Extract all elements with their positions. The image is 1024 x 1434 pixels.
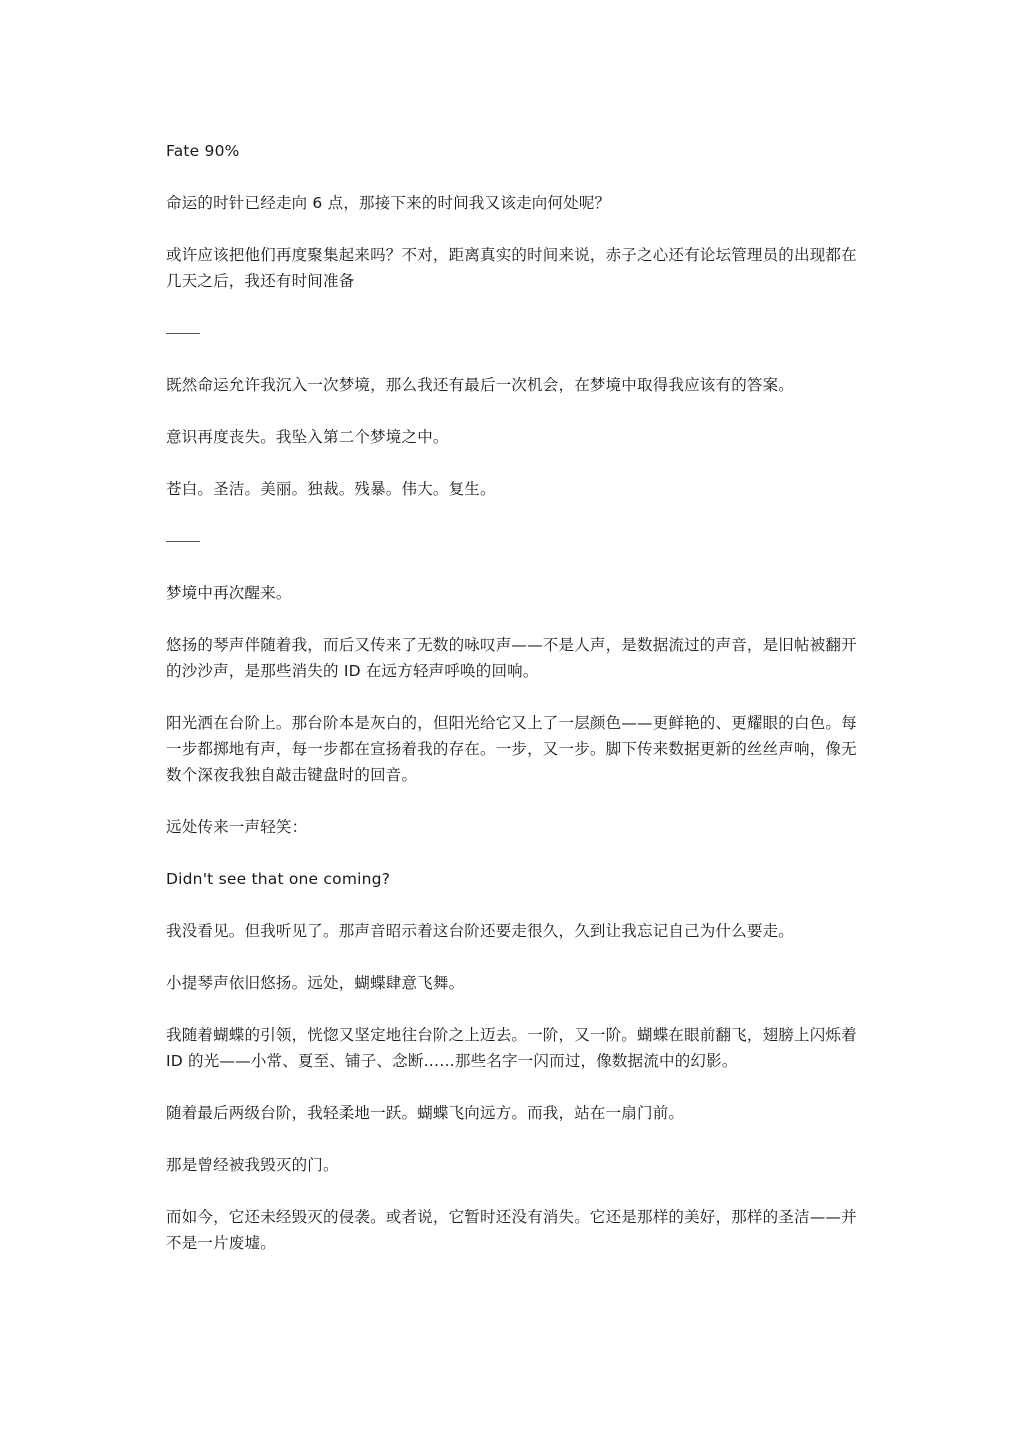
quote-line: Didn't see that one coming? — [166, 866, 866, 892]
paragraph: 远处传来一声轻笑： — [166, 814, 866, 840]
section-divider — [166, 528, 866, 554]
document-heading: Fate 90% — [166, 138, 866, 164]
paragraph: 小提琴声依旧悠扬。远处，蝴蝶肆意飞舞。 — [166, 970, 866, 996]
paragraph: 那是曾经被我毁灭的门。 — [166, 1152, 866, 1178]
paragraph: 意识再度丧失。我坠入第二个梦境之中。 — [166, 424, 866, 450]
paragraph: 梦境中再次醒来。 — [166, 580, 866, 606]
section-divider — [166, 320, 866, 346]
paragraph: 悠扬的琴声伴随着我，而后又传来了无数的咏叹声——不是人声，是数据流过的声音，是旧… — [166, 632, 866, 684]
paragraph: 或许应该把他们再度聚集起来吗？不对，距离真实的时间来说，赤子之心还有论坛管理员的… — [166, 242, 866, 294]
paragraph: 而如今，它还未经毁灭的侵袭。或者说，它暂时还没有消失。它还是那样的美好，那样的圣… — [166, 1204, 866, 1256]
divider-line — [166, 541, 200, 542]
paragraph: 阳光洒在台阶上。那台阶本是灰白的，但阳光给它又上了一层颜色——更鲜艳的、更耀眼的… — [166, 710, 866, 788]
paragraph: 我没看见。但我听见了。那声音昭示着这台阶还要走很久，久到让我忘记自己为什么要走。 — [166, 918, 866, 944]
paragraph: 既然命运允许我沉入一次梦境，那么我还有最后一次机会，在梦境中取得我应该有的答案。 — [166, 372, 866, 398]
paragraph: 命运的时针已经走向 6 点，那接下来的时间我又该走向何处呢？ — [166, 190, 866, 216]
paragraph: 我随着蝴蝶的引领，恍惚又坚定地往台阶之上迈去。一阶，又一阶。蝴蝶在眼前翻飞，翅膀… — [166, 1022, 866, 1074]
document-page: Fate 90% 命运的时针已经走向 6 点，那接下来的时间我又该走向何处呢？ … — [166, 138, 866, 1282]
paragraph: 苍白。圣洁。美丽。独裁。残暴。伟大。复生。 — [166, 476, 866, 502]
paragraph: 随着最后两级台阶，我轻柔地一跃。蝴蝶飞向远方。而我，站在一扇门前。 — [166, 1100, 866, 1126]
divider-line — [166, 333, 200, 334]
